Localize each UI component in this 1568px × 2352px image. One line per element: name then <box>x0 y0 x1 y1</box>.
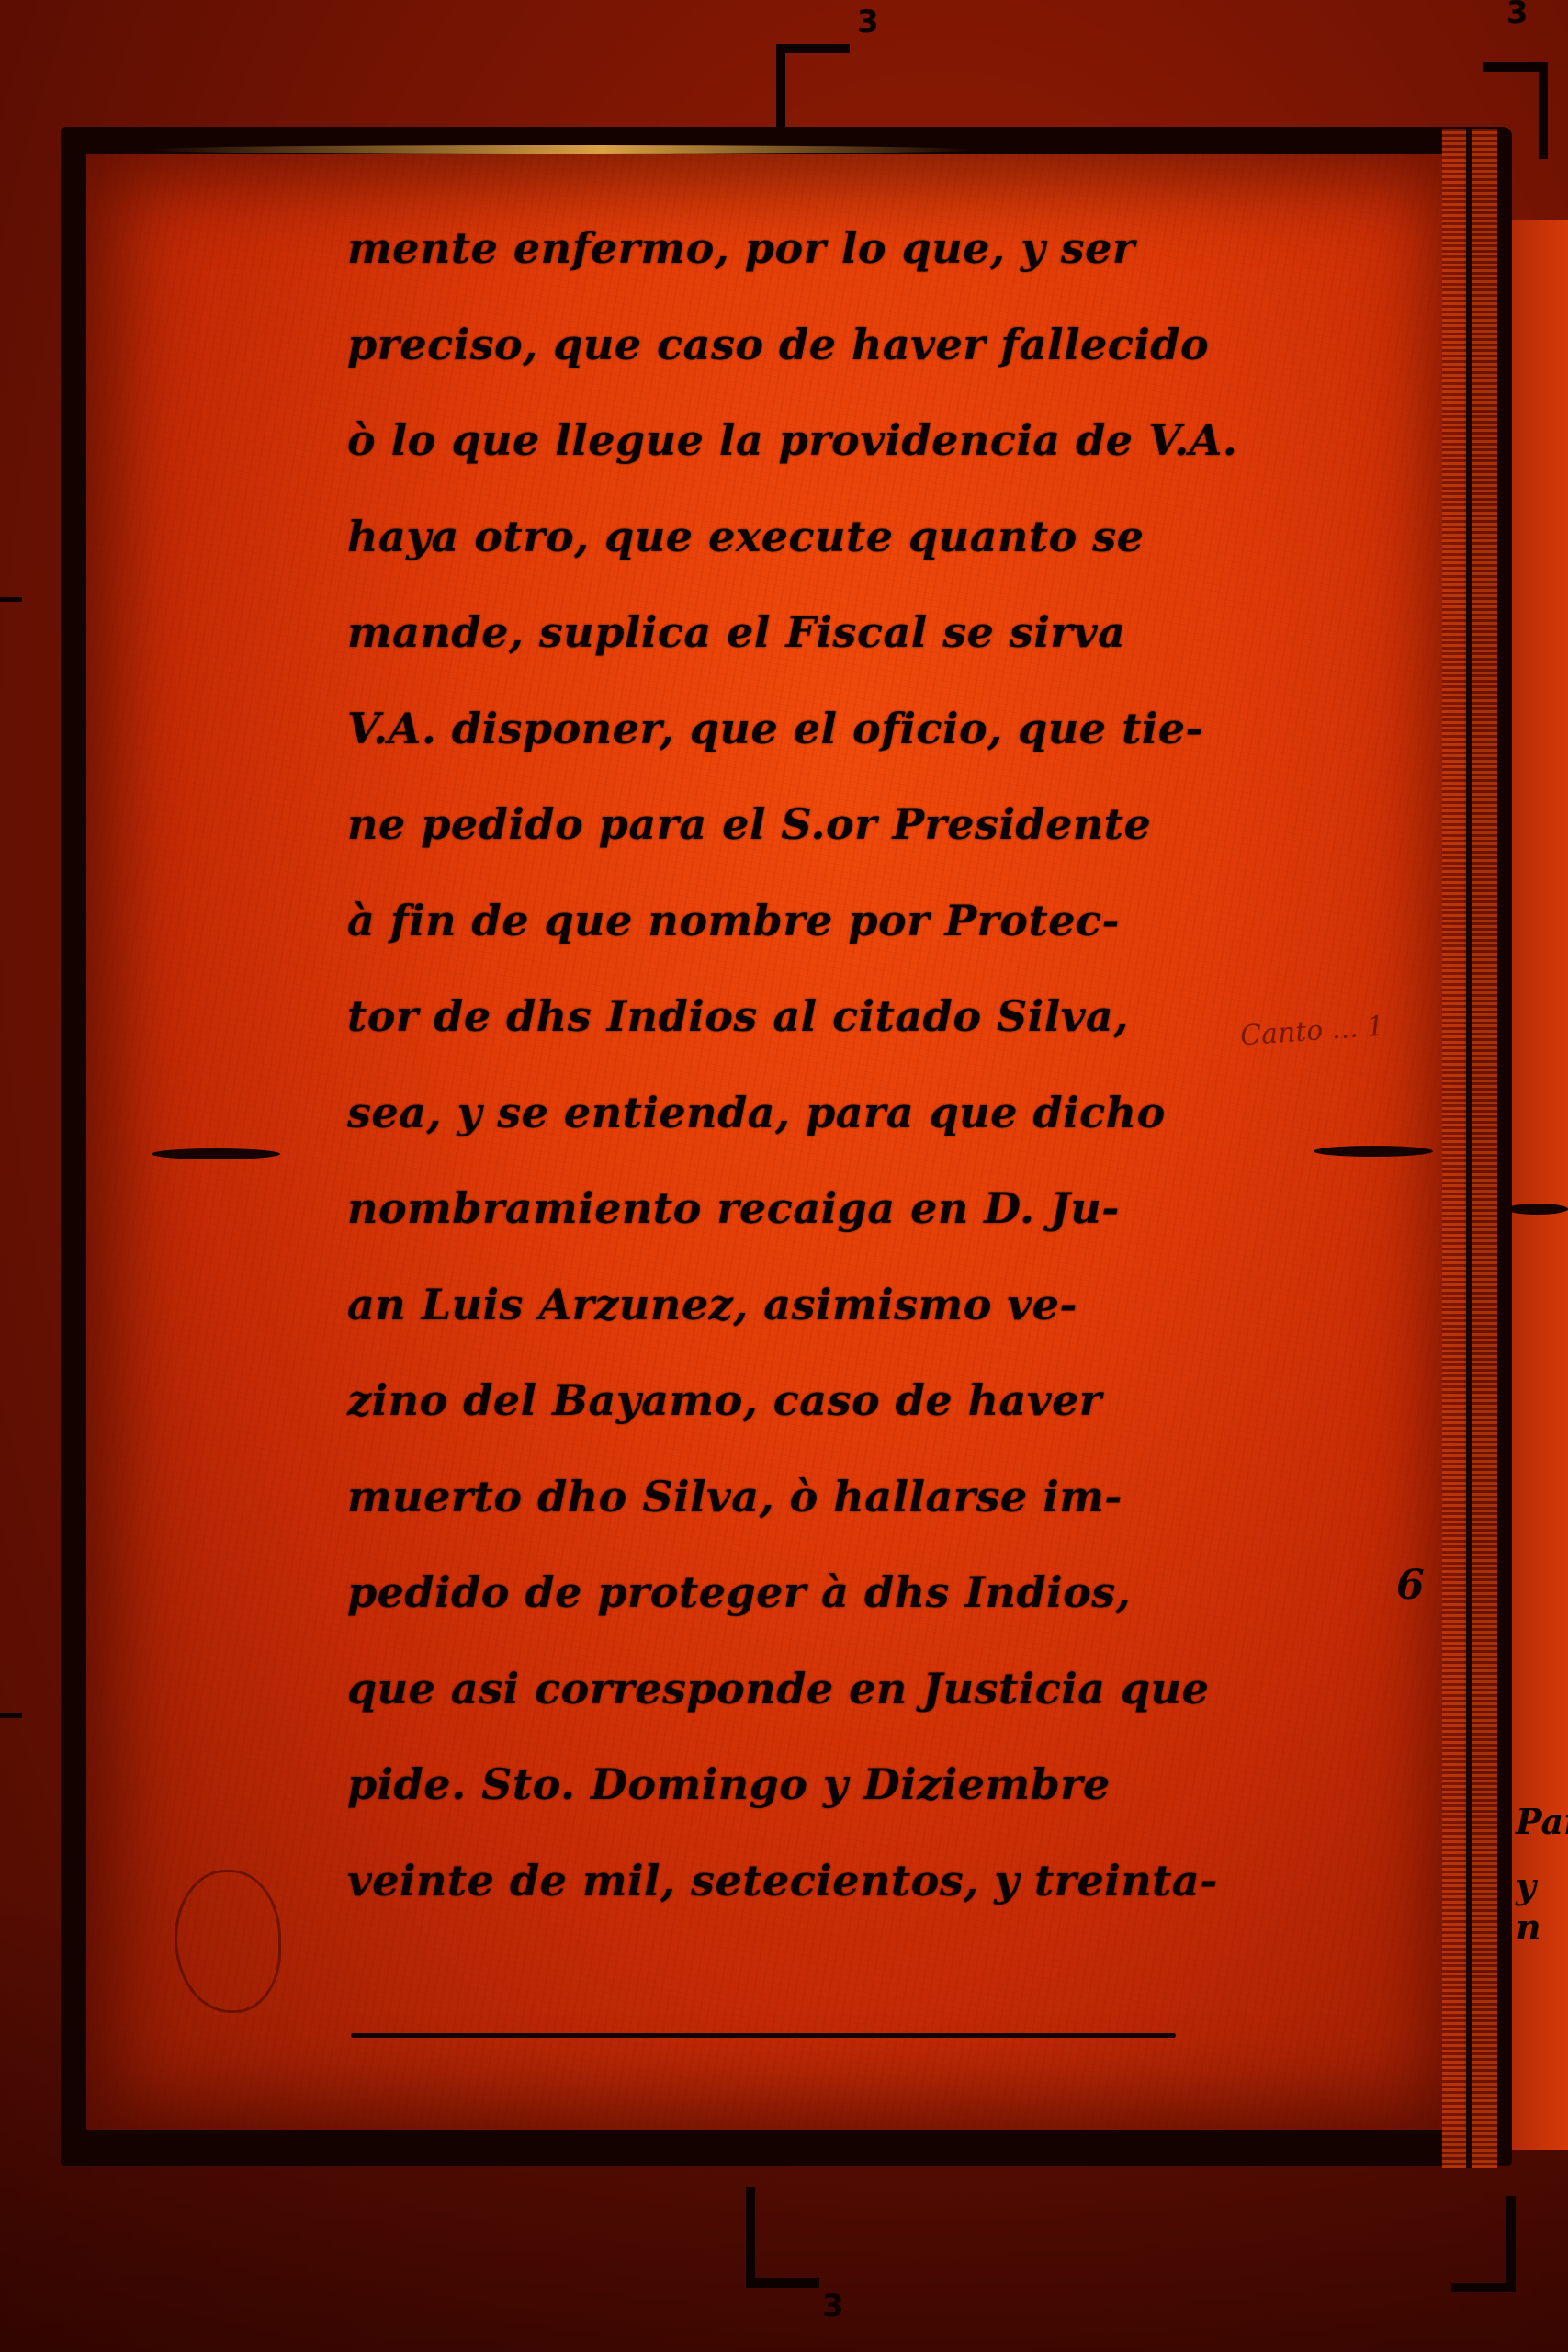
text-line: nombramiento recaiga en D. Ju- <box>347 1160 1211 1257</box>
crop-bracket-bottom-left <box>746 2187 819 2288</box>
text-line: que asi corresponde en Justicia que <box>347 1641 1211 1737</box>
facing-page <box>1506 220 1568 2150</box>
text-line: sea, y se entienda, para que dicho <box>347 1065 1211 1161</box>
text-line: zino del Bayamo, caso de haver <box>347 1352 1211 1449</box>
text-line: mente enfermo, por lo que, y ser <box>347 200 1211 297</box>
facing-page-fragment: y n <box>1516 1865 1568 1948</box>
faded-flourish <box>175 1870 281 2013</box>
text-line: veinte de mil, setecientos, y treinta- <box>347 1833 1211 1929</box>
text-line: à fin de que nombre por Protec- <box>347 873 1211 969</box>
text-line: preciso, que caso de haver fallecido <box>347 297 1211 393</box>
crop-label-top-left: 3 <box>857 4 879 40</box>
paper-tear <box>1314 1146 1433 1157</box>
text-line: ò lo que llegue la providencia de V.A. <box>347 392 1211 489</box>
facing-page-fragment: Par <box>1516 1801 1568 1842</box>
manuscript-text: mente enfermo, por lo que, y ser preciso… <box>347 200 1211 1928</box>
text-line: pide. Sto. Domingo y Diziembre <box>347 1736 1211 1833</box>
text-line: an Luis Arzunez, asimismo ve- <box>347 1257 1211 1353</box>
crop-label-top-right: 3 <box>1506 0 1529 31</box>
closing-rule-line <box>351 2033 1176 2038</box>
text-line: ne pedido para el S.or Presidente <box>347 776 1211 873</box>
text-line: haya otro, que execute quanto se <box>347 489 1211 585</box>
folio-mark: 6 <box>1396 1562 1425 1609</box>
crop-bracket-bottom-right <box>1451 2196 1516 2292</box>
text-line: mande, suplica el Fiscal se sirva <box>347 584 1211 681</box>
light-glare <box>147 145 974 154</box>
paper-tear <box>1506 1204 1568 1215</box>
paper-tear <box>152 1148 280 1159</box>
text-line: V.A. disponer, que el oficio, que tie- <box>347 681 1211 777</box>
text-line: pedido de proteger à dhs Indios, <box>347 1544 1211 1641</box>
crop-label-bottom-left: 3 <box>822 2288 844 2324</box>
side-tick-mark <box>0 597 22 602</box>
text-line: muerto dho Silva, ò hallarse im- <box>347 1449 1211 1545</box>
text-line: tor de dhs Indios al citado Silva, <box>347 968 1211 1065</box>
side-tick-mark <box>0 1713 22 1718</box>
binding-fold-line <box>1466 129 1472 2168</box>
